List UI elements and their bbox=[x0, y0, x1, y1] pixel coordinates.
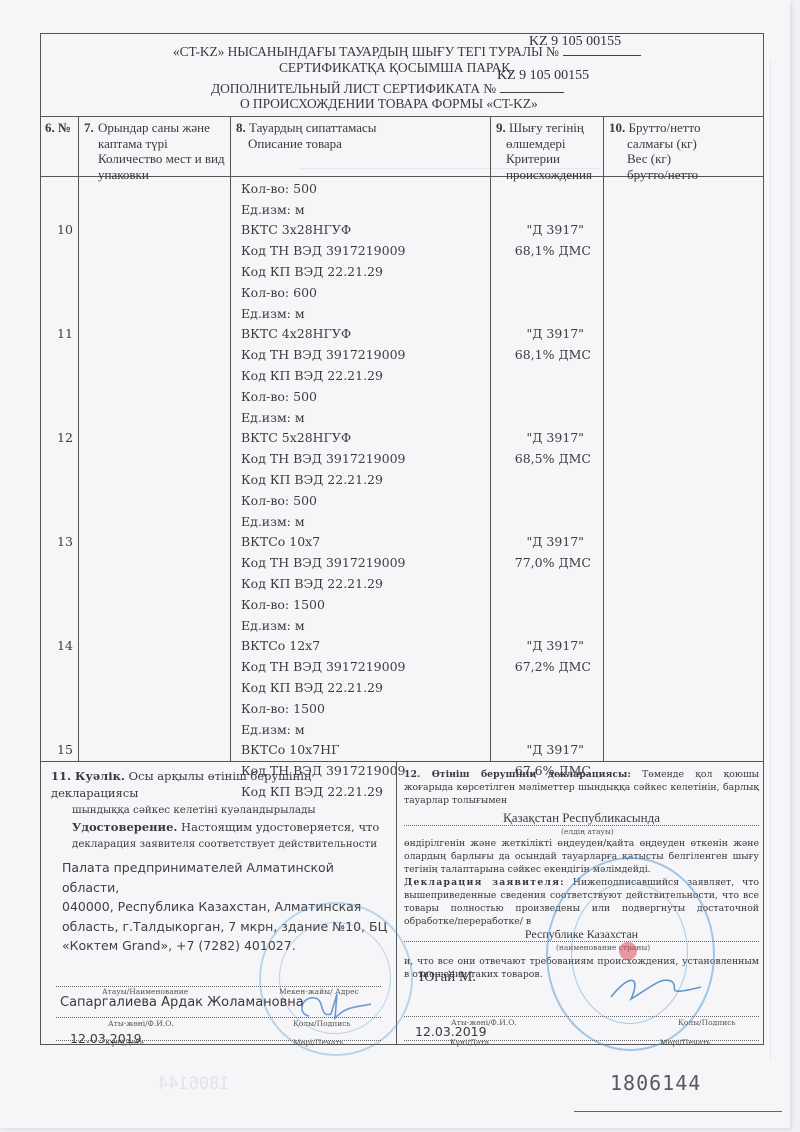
certification-kz-text-2: шындыққа сәйкес келетіні куәландырылады bbox=[51, 802, 386, 819]
description-unit: Ед.изм: м bbox=[241, 202, 305, 217]
description-qty: Кол-во: 1500 bbox=[241, 701, 325, 716]
description-tn-ved: Код ТН ВЭД 3917219009 bbox=[241, 451, 406, 466]
row-number: 13 bbox=[41, 534, 89, 549]
column-divider bbox=[490, 116, 491, 761]
declaration-kz-text-2: өндірілгенін және жеткілікті өңдеуден/қа… bbox=[404, 837, 759, 876]
header-num: 6. № bbox=[45, 120, 71, 135]
description-name: ВКТС 5х28НГУФ bbox=[241, 430, 351, 445]
description-name: ВКТС 4х28НГУФ bbox=[241, 326, 351, 341]
certification-ru-text: Настоящим удостоверяется, что bbox=[177, 820, 379, 834]
origin-share: 68,5% ДМС bbox=[496, 451, 591, 466]
description-qty: Кол-во: 500 bbox=[241, 389, 317, 404]
label-date: Күні/Дата bbox=[450, 1038, 489, 1047]
origin-share: 77,0% ДМС bbox=[496, 555, 591, 570]
certification-ru: Удостоверение. Настоящим удостоверяется,… bbox=[51, 819, 386, 836]
title-kz-text: «CT-KZ» НЫСАНЫНДАҒЫ ТАУАРДЫҢ ШЫҒУ ТЕГІ Т… bbox=[173, 44, 559, 59]
row-number: 14 bbox=[41, 638, 89, 653]
bleed-through-serial: 1806144 bbox=[158, 1074, 230, 1094]
description-qty: Кол-во: 1500 bbox=[241, 597, 325, 612]
header-text: Описание товара bbox=[236, 136, 486, 152]
label-signature: Қолы/Подпись bbox=[293, 1019, 351, 1028]
declarant-signature-icon bbox=[601, 967, 711, 1007]
label-signature: Қолы/Подпись bbox=[678, 1018, 736, 1027]
header-num: 9. bbox=[496, 120, 506, 135]
origin-share: 67,2% ДМС bbox=[496, 659, 591, 674]
origin-share: 68,1% ДМС bbox=[496, 347, 591, 362]
declaration-date: 12.03.2019 bbox=[415, 1024, 487, 1039]
header-row: 7.Орындар саны және bbox=[84, 120, 229, 136]
title-ru-line-1: ДОПОЛНИТЕЛЬНЫЙ ЛИСТ СЕРТИФИКАТА № bbox=[211, 81, 564, 97]
description-tn-ved: Код ТН ВЭД 3917219009 bbox=[241, 347, 406, 362]
label-fio: Аты-жөні/Ф.И.О. bbox=[108, 1019, 174, 1028]
label-seal: Мөрі/Печать bbox=[293, 1038, 344, 1047]
description-kp-ved: Код КП ВЭД 22.21.29 bbox=[241, 368, 383, 383]
description-kp-ved: Код КП ВЭД 22.21.29 bbox=[241, 680, 383, 695]
header-text: брутто/нетто bbox=[609, 167, 759, 183]
header-text: происхождения bbox=[496, 167, 601, 183]
header-text: Вес (кг) bbox=[609, 151, 759, 167]
label-country-kz: (елдің атауы) bbox=[561, 827, 614, 836]
header-text: салмағы (кг) bbox=[609, 136, 759, 152]
header-text: Количество мест и вид bbox=[84, 151, 229, 167]
description-name: ВКТСо 10х7НГ bbox=[241, 742, 339, 757]
column-header-weight: 10. Брутто/нетто салмағы (кг) Вес (кг) б… bbox=[609, 120, 759, 182]
origin-criterion: "Д 3917" bbox=[496, 742, 584, 757]
red-mark bbox=[619, 942, 637, 960]
header-num: 8. bbox=[236, 120, 246, 135]
description-name: ВКТСо 10х7 bbox=[241, 534, 320, 549]
description-unit: Ед.изм: м bbox=[241, 722, 305, 737]
header-num: 7. bbox=[84, 120, 98, 136]
origin-share: 68,1% ДМС bbox=[496, 243, 591, 258]
header-text: упаковки bbox=[84, 167, 229, 183]
description-tn-ved: Код ТН ВЭД 3917219009 bbox=[241, 555, 406, 570]
label-seal: Мөрі/Печать bbox=[660, 1038, 711, 1047]
header-text: Брутто/нетто bbox=[629, 120, 701, 135]
country-kz: Қазақстан Республикасында bbox=[404, 810, 759, 826]
description-kp-ved: Код КП ВЭД 22.21.29 bbox=[241, 264, 383, 279]
label-date: Күні/Дата bbox=[105, 1038, 144, 1047]
certification-kz-title: 11. Куәлік. bbox=[51, 769, 125, 783]
header-text: каптама түрі bbox=[84, 136, 229, 152]
header-num: 10. bbox=[609, 120, 625, 135]
title-ru-line-2: О ПРОИСХОЖДЕНИИ ТОВАРА ФОРМЫ «CT-KZ» bbox=[240, 96, 538, 112]
description-qty: Кол-во: 500 bbox=[241, 181, 317, 196]
column-divider bbox=[230, 116, 231, 761]
title-block: «CT-KZ» НЫСАНЫНДАҒЫ ТАУАРДЫҢ ШЫҒУ ТЕГІ Т… bbox=[41, 34, 763, 117]
description-unit: Ед.изм: м bbox=[241, 618, 305, 633]
row-number: 11 bbox=[41, 326, 89, 341]
certification-ru-title: Удостоверение. bbox=[72, 820, 177, 834]
number-blank bbox=[500, 82, 564, 93]
title-kz-line-2: СЕРТИФИКАТҚА ҚОСЫМША ПАРАҚ bbox=[279, 60, 510, 76]
certification-text: 11. Куәлік. Осы арқылы өтініш берушінің … bbox=[51, 768, 386, 853]
header-row: 10. Брутто/нетто bbox=[609, 120, 759, 136]
column-header-criteria: 9. Шығу тегінің өлшемдері Критерии проис… bbox=[496, 120, 601, 182]
serial-underline bbox=[574, 1111, 782, 1112]
origin-criterion: "Д 3917" bbox=[496, 638, 584, 653]
signature-section: 11. Куәлік. Осы арқылы өтініш берушінің … bbox=[41, 761, 763, 1045]
header-row: 8. Тауардың сипаттамасы bbox=[236, 120, 486, 136]
certification-kz: 11. Куәлік. Осы арқылы өтініш берушінің … bbox=[51, 768, 386, 802]
serial-number: 1806144 bbox=[610, 1071, 701, 1095]
description-name: ВКТСо 12х7 bbox=[241, 638, 320, 653]
certification-ru-text-2: декларация заявителя соответствует дейст… bbox=[51, 836, 386, 853]
description-unit: Ед.изм: м bbox=[241, 514, 305, 529]
description-tn-ved: Код ТН ВЭД 3917219009 bbox=[241, 243, 406, 258]
declarant-fio-line bbox=[404, 1016, 759, 1017]
origin-criterion: "Д 3917" bbox=[496, 326, 584, 341]
header-text: Шығу тегінің bbox=[509, 120, 584, 135]
certifier-name: Сапаргалиева Ардак Жоламановна bbox=[60, 995, 304, 1010]
row-number: 12 bbox=[41, 430, 89, 445]
description-name: ВКТС 3х28НГУФ bbox=[241, 222, 351, 237]
bleed-through-edge bbox=[770, 60, 771, 1060]
row-number: 10 bbox=[41, 222, 89, 237]
column-header-description: 8. Тауардың сипаттамасы Описание товара bbox=[236, 120, 486, 151]
header-text: Тауардың сипаттамасы bbox=[249, 120, 377, 135]
column-divider bbox=[603, 116, 604, 761]
origin-criterion: "Д 3917" bbox=[496, 222, 584, 237]
header-text: өлшемдері bbox=[496, 136, 601, 152]
header-text: Орындар саны және bbox=[98, 120, 210, 136]
description-unit: Ед.изм: м bbox=[241, 306, 305, 321]
description-qty: Кол-во: 500 bbox=[241, 493, 317, 508]
row-number: 15 bbox=[41, 742, 89, 757]
origin-criterion: "Д 3917" bbox=[496, 430, 584, 445]
address-line: Палата предпринимателей Алматинской обла… bbox=[62, 858, 392, 897]
declaration-kz-title: 12. Өтініш берушінің декларациясы: bbox=[404, 769, 631, 780]
fio-line bbox=[56, 1017, 381, 1018]
title-ru-text: ДОПОЛНИТЕЛЬНЫЙ ЛИСТ СЕРТИФИКАТА № bbox=[211, 81, 496, 96]
description-tn-ved: Код ТН ВЭД 3917219009 bbox=[241, 659, 406, 674]
declaration-kz: 12. Өтініш берушінің декларациясы: Төмен… bbox=[404, 768, 759, 807]
declaration-ru-title: Декларация заявителя: bbox=[404, 877, 565, 888]
declarant-name: Югай М. bbox=[419, 969, 476, 986]
header-text: Критерии bbox=[496, 151, 601, 167]
column-header-packages: 7.Орындар саны және каптама түрі Количес… bbox=[84, 120, 229, 182]
column-header-number: 6. № bbox=[45, 120, 71, 136]
goods-table: 6. № 7.Орындар саны және каптама түрі Ко… bbox=[41, 116, 763, 761]
description-kp-ved: Код КП ВЭД 22.21.29 bbox=[241, 576, 383, 591]
origin-criterion: "Д 3917" bbox=[496, 534, 584, 549]
description-unit: Ед.изм: м bbox=[241, 410, 305, 425]
header-row: 9. Шығу тегінің bbox=[496, 120, 601, 136]
certificate-frame: «CT-KZ» НЫСАНЫНДАҒЫ ТАУАРДЫҢ ШЫҒУ ТЕГІ Т… bbox=[40, 33, 764, 1045]
description-qty: Кол-во: 600 bbox=[241, 285, 317, 300]
country-kz-line bbox=[404, 825, 759, 826]
description-kp-ved: Код КП ВЭД 22.21.29 bbox=[241, 472, 383, 487]
certificate-sheet: 1806144 «CT-KZ» НЫСАНЫНДАҒЫ ТАУАРДЫҢ ШЫҒ… bbox=[0, 0, 790, 1128]
certificate-number-kz: KZ 9 105 00155 bbox=[529, 34, 621, 50]
